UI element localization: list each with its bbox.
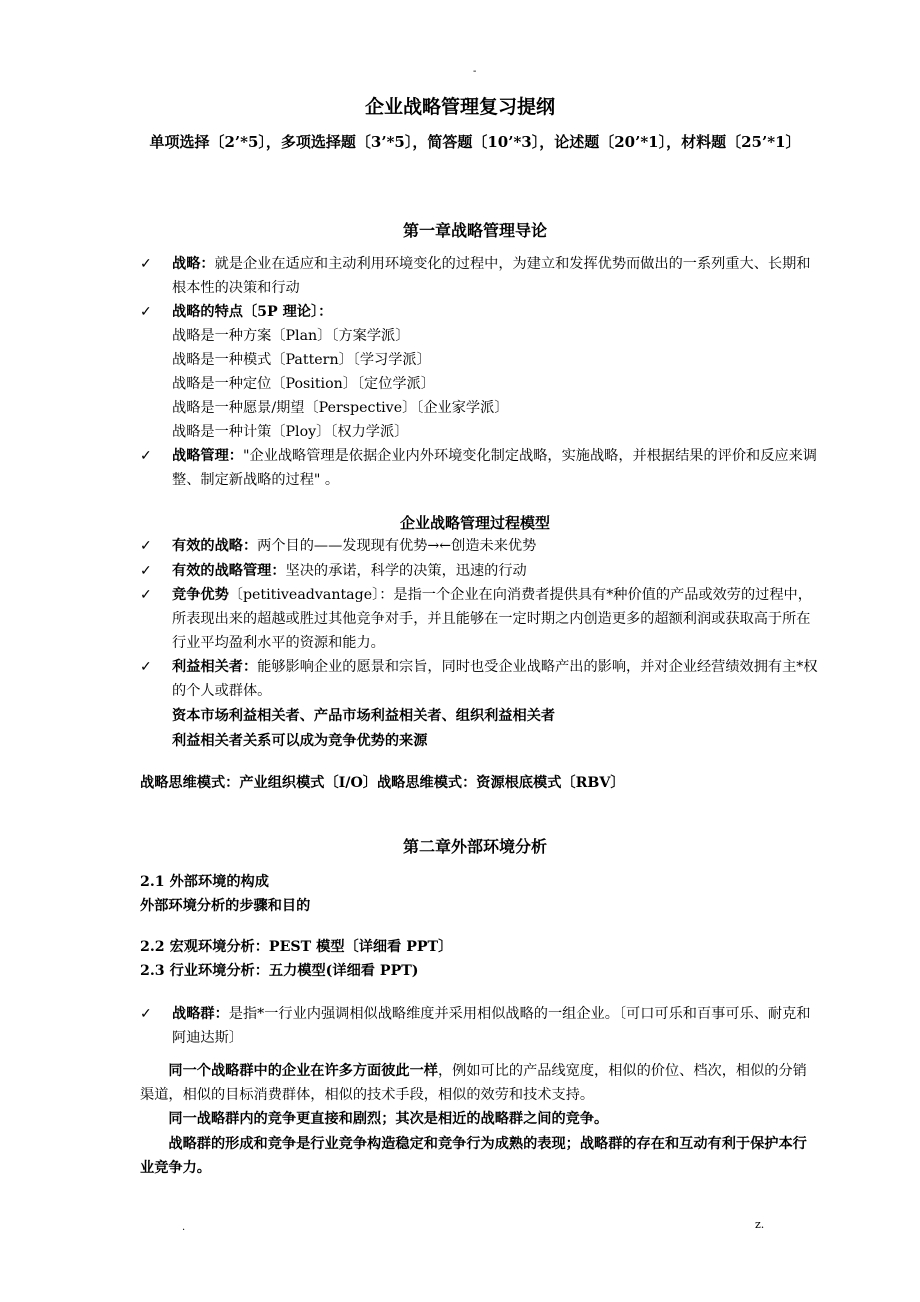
check-icon: ✓ bbox=[140, 655, 160, 679]
five-p-item: 战略是一种愿景/期望〔Perspective〕〔企业家学派〕 bbox=[172, 396, 509, 420]
definition: 能够影响企业的愿景和宗旨，同时也受企业战略产出的影响，并对企业经营绩效拥有主*权… bbox=[172, 659, 818, 699]
header-mark: - bbox=[473, 66, 476, 77]
term: 有效的战略： bbox=[172, 538, 257, 554]
list-item-strategic-group: ✓ 战略群：是指*一行业内强调相似战略维度并采用相似战略的一组企业。〔可口可乐和… bbox=[140, 1002, 820, 1050]
process-model-heading: 企业战略管理过程模型 bbox=[0, 512, 920, 533]
five-p-item: 战略是一种定位〔Position〕〔定位学派〕 bbox=[172, 372, 435, 396]
list-item-strategic-management: ✓ 战略管理："企业战略管理是依据企业内外环境变化制定战略，实施战略，并根据结果… bbox=[140, 444, 820, 492]
term: 有效的战略管理： bbox=[172, 563, 286, 579]
section-steps: 外部环境分析的步骤和目的 bbox=[140, 894, 310, 918]
footer-right-mark: z. bbox=[755, 1218, 764, 1231]
five-p-item: 战略是一种计策〔Ploy〕〔权力学派〕 bbox=[172, 420, 408, 444]
list-item-strategy: ✓ 战略：就是企业在适应和主动利用环境变化的过程中，为建立和发挥优势而做出的一系… bbox=[140, 252, 820, 300]
term: 战略管理： bbox=[172, 448, 243, 464]
paragraph-group-formation: 战略群的形成和竞争是行业竞争构造稳定和竞争行为成熟的表现；战略群的存在和互动有利… bbox=[140, 1132, 810, 1180]
check-icon: ✓ bbox=[140, 559, 160, 583]
five-p-item: 战略是一种方案〔Plan〕〔方案学派〕 bbox=[172, 324, 409, 348]
definition: "企业战略管理是依据企业内外环境变化制定战略，实施战略，并根据结果的评价和反应来… bbox=[172, 448, 817, 488]
five-p-item: 战略是一种模式〔Pattern〕〔学习学派〕 bbox=[172, 348, 431, 372]
definition: 〔petitiveadvantage〕：是指一个企业在向消费者提供具有*种价值的… bbox=[172, 587, 812, 651]
check-icon: ✓ bbox=[140, 583, 160, 607]
term: 利益相关者： bbox=[172, 659, 257, 675]
section-2-2: 2.2 宏观环境分析：PEST 模型〔详细看 PPT〕 bbox=[140, 935, 452, 959]
definition: 坚决的承诺，科学的决策，迅速的行动 bbox=[286, 563, 527, 579]
footer-left-mark: . bbox=[182, 1222, 185, 1233]
check-icon: ✓ bbox=[140, 1002, 160, 1026]
section-2-3: 2.3 行业环境分析：五力模型(详细看 PPT) bbox=[140, 959, 419, 983]
term: 战略的特点〔5P 理论〕： bbox=[172, 304, 332, 320]
stakeholder-types: 资本市场利益相关者、产品市场利益相关者、组织利益相关者 bbox=[172, 704, 555, 728]
definition: 是指*一行业内强调相似战略维度并采用相似战略的一组企业。〔可口可乐和百事可乐、耐… bbox=[172, 1006, 810, 1046]
term: 竞争优势 bbox=[172, 587, 229, 603]
term: 战略： bbox=[172, 256, 215, 272]
paragraph-group-similarity: 同一个战略群中的企业在许多方面彼此一样，例如可比的产品线宽度，相似的价位、档次，… bbox=[140, 1059, 810, 1107]
list-item-competitive-advantage: ✓ 竞争优势〔petitiveadvantage〕：是指一个企业在向消费者提供具… bbox=[140, 583, 820, 655]
list-item-5p: ✓ 战略的特点〔5P 理论〕： bbox=[140, 300, 820, 324]
check-icon: ✓ bbox=[140, 444, 160, 468]
definition: 就是企业在适应和主动利用环境变化的过程中，为建立和发挥优势而做出的一系列重大、长… bbox=[172, 256, 810, 296]
paragraph-lead: 同一个战略群中的企业在许多方面彼此一样 bbox=[168, 1063, 438, 1079]
thinking-modes: 战略思维模式：产业组织模式〔I/O〕战略思维模式：资源根底模式〔RBV〕 bbox=[140, 771, 625, 795]
check-icon: ✓ bbox=[140, 534, 160, 558]
definition: 两个目的——发现现有优势→←创造未来优势 bbox=[257, 538, 536, 554]
check-icon: ✓ bbox=[140, 252, 160, 276]
section-2-1: 2.1 外部环境的构成 bbox=[140, 870, 269, 894]
list-item-effective-strategy: ✓ 有效的战略：两个目的——发现现有优势→←创造未来优势 bbox=[140, 534, 820, 558]
list-item-effective-management: ✓ 有效的战略管理：坚决的承诺，科学的决策，迅速的行动 bbox=[140, 559, 820, 583]
exam-format: 单项选择〔2’*5〕，多项选择题〔3’*5〕，简答题〔10’*3〕，论述题〔20… bbox=[140, 130, 810, 155]
paragraph-group-competition: 同一战略群内的竞争更直接和剧烈；其次是相近的战略群之间的竞争。 bbox=[140, 1107, 810, 1131]
stakeholder-advantage: 利益相关者关系可以成为竞争优势的来源 bbox=[172, 729, 427, 753]
chapter2-heading: 第二章外部环境分析 bbox=[0, 834, 920, 857]
term: 战略群： bbox=[172, 1006, 229, 1022]
document-page: - 企业战略管理复习提纲 单项选择〔2’*5〕，多项选择题〔3’*5〕，简答题〔… bbox=[0, 0, 920, 1302]
list-item-stakeholders: ✓ 利益相关者：能够影响企业的愿景和宗旨，同时也受企业战略产出的影响，并对企业经… bbox=[140, 655, 820, 703]
chapter1-heading: 第一章战略管理导论 bbox=[0, 218, 920, 241]
check-icon: ✓ bbox=[140, 300, 160, 324]
document-title: 企业战略管理复习提纲 bbox=[0, 92, 920, 119]
